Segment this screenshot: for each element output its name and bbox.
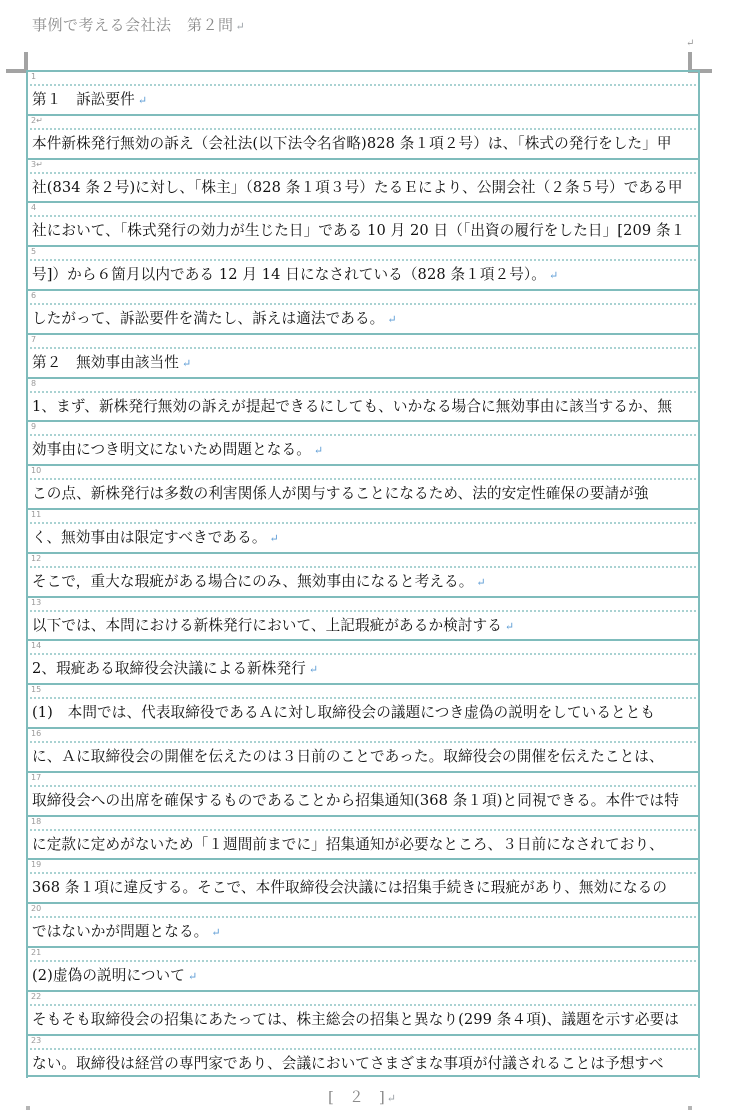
line-number: 20 (31, 904, 41, 914)
dotted-guide (30, 347, 696, 349)
line-text[interactable]: に定款に定めがないため「１週間前までに」招集通知が必要なところ、３日前になされて… (32, 835, 667, 856)
line-text-content: (2)虚偽の説明について (32, 967, 185, 984)
document-line[interactable]: 9効事由につき明文にないため問題となる。↵ (28, 420, 698, 464)
line-text-content: そもそも取締役会の招集にあたっては、株主総会の招集と異なり(299 条４項)、議… (32, 1011, 679, 1028)
line-text[interactable]: 第１ 訴訟要件↵ (32, 90, 147, 111)
line-text[interactable]: 効事由につき明文にないため問題となる。↵ (32, 440, 323, 461)
line-text-content: 2、瑕疵ある取締役会決議による新株発行 (32, 660, 306, 677)
dotted-guide (30, 215, 696, 217)
line-text-content: 効事由につき明文にないため問題となる。 (32, 441, 311, 458)
line-number: 16 (31, 729, 41, 739)
page-number: [ ２ ] (328, 1088, 385, 1106)
line-number: 18 (31, 817, 41, 827)
line-number: 1 (31, 72, 36, 82)
line-text[interactable]: 以下では、本問における新株発行において、上記瑕疵があるか検討する↵ (32, 616, 514, 637)
document-line[interactable]: 2↵本件新株発行無効の訴え（会社法(以下法令名省略)828 条１項２号）は、「株… (28, 114, 698, 158)
document-line[interactable]: 15(1) 本問では、代表取締役であるＡに対し取締役会の議題につき虚偽の説明をし… (28, 683, 698, 727)
line-text-content: 取締役会への出席を確保するものであることから招集通知(368 条１項)と同視でき… (32, 792, 679, 809)
line-number: 2↵ (31, 116, 43, 126)
return-mark-icon: ↵ (505, 620, 514, 633)
document-line[interactable]: 10この点、新株発行は多数の利害関係人が関与することになるため、法的安定性確保の… (28, 464, 698, 508)
line-text-content: 本件新株発行無効の訴え（会社法(以下法令名省略)828 条１項２号）は、「株式の… (32, 135, 672, 152)
line-text[interactable]: 本件新株発行無効の訴え（会社法(以下法令名省略)828 条１項２号）は、「株式の… (32, 134, 675, 155)
document-line[interactable]: 81、まず、新株発行無効の訴えが提起できるにしても、いかなる場合に無効事由に該当… (28, 377, 698, 421)
line-text-content: 第２ 無効事由該当性 (32, 354, 179, 371)
return-mark-icon: ↵ (387, 313, 396, 326)
document-line[interactable]: 5号]）から６箇月以内である 12 月 14 日になされている（828 条１項２… (28, 245, 698, 289)
dotted-guide (30, 566, 696, 568)
line-number: 15 (31, 685, 41, 695)
line-text-content: したがって、訴訟要件を満たし、訴えは適法である。 (32, 310, 384, 327)
line-text-content: に、Ａに取締役会の開催を伝えたのは３日前のことであった。取締役会の開催を伝えたこ… (32, 748, 664, 765)
line-number: 6 (31, 291, 36, 301)
line-text[interactable]: 社において、「株式発行の効力が生じた日」である 10 月 20 日（「出資の履行… (32, 221, 688, 242)
line-text[interactable]: ない。取締役は経営の専門家であり、会議においてさまざまな事項が付議されることは予… (32, 1054, 667, 1075)
dotted-guide (30, 434, 696, 436)
dotted-guide (30, 960, 696, 962)
line-number: 19 (31, 860, 41, 870)
line-text[interactable]: したがって、訴訟要件を満たし、訴えは適法である。↵ (32, 309, 397, 330)
document-line[interactable]: 20ではないかが問題となる。↵ (28, 902, 698, 946)
line-text-content: 社(834 条２号)に対し、「株主」（828 条１項３号）たるＥにより、公開会社… (32, 179, 683, 196)
paragraph-mark-icon: ↵ (387, 1092, 396, 1105)
corner-marker-bottom-right (688, 1106, 692, 1110)
return-mark-icon: ↵ (270, 532, 279, 545)
line-text[interactable]: (2)虚偽の説明について↵ (32, 966, 197, 987)
line-text[interactable]: この点、新株発行は多数の利害関係人が関与することになるため、法的安定性確保の要請… (32, 484, 652, 505)
line-number: 5 (31, 247, 36, 257)
line-text[interactable]: 社(834 条２号)に対し、「株主」（828 条１項３号）たるＥにより、公開会社… (32, 178, 686, 199)
line-text-content: ない。取締役は経営の専門家であり、会議においてさまざまな事項が付議されることは予… (32, 1055, 664, 1072)
document-line[interactable]: 3↵社(834 条２号)に対し、「株主」（828 条１項３号）たるＥにより、公開… (28, 158, 698, 202)
corner-marker-bottom-left (26, 1106, 30, 1110)
paragraph-mark-icon: ↵ (686, 38, 694, 49)
return-mark-icon: ↵ (476, 576, 485, 589)
line-text-content: 368 条１項に違反する。そこで、本件取締役会決議には招集手続きに瑕疵があり、無… (32, 879, 667, 896)
dotted-guide (30, 610, 696, 612)
line-number: 21 (31, 948, 41, 958)
document-line[interactable]: 4社において、「株式発行の効力が生じた日」である 10 月 20 日（「出資の履… (28, 201, 698, 245)
line-text[interactable]: (1) 本問では、代表取締役であるＡに対し取締役会の議題につき虚偽の説明をしてい… (32, 703, 658, 724)
paragraph-mark-icon: ↵ (236, 20, 246, 33)
crop-mark-top-left-horizontal (6, 69, 28, 73)
dotted-guide (30, 172, 696, 174)
document-line[interactable]: 1第１ 訴訟要件↵ (28, 70, 698, 114)
dotted-guide (30, 84, 696, 86)
line-number: 23 (31, 1036, 41, 1046)
dotted-guide (30, 303, 696, 305)
return-mark-icon: ↵ (549, 269, 558, 282)
dotted-guide (30, 697, 696, 699)
dotted-guide (30, 1048, 696, 1050)
line-text[interactable]: 第２ 無効事由該当性↵ (32, 353, 191, 374)
line-text[interactable]: そもそも取締役会の招集にあたっては、株主総会の招集と異なり(299 条４項)、議… (32, 1010, 682, 1031)
line-text-content: 第１ 訴訟要件 (32, 91, 135, 108)
return-mark-icon: ↵ (138, 94, 147, 107)
document-line[interactable]: 11く、無効事由は限定すべきである。↵ (28, 508, 698, 552)
return-mark-icon: ↵ (182, 357, 191, 370)
line-number: 9 (31, 422, 36, 432)
document-line[interactable]: 142、瑕疵ある取締役会決議による新株発行↵ (28, 639, 698, 683)
dotted-guide (30, 391, 696, 393)
line-text[interactable]: 号]）から６箇月以内である 12 月 14 日になされている（828 条１項２号… (32, 265, 558, 286)
dotted-guide (30, 259, 696, 261)
line-text[interactable]: 1、まず、新株発行無効の訴えが提起できるにしても、いかなる場合に無効事由に該当す… (32, 397, 675, 418)
document-line[interactable]: 22そもそも取締役会の招集にあたっては、株主総会の招集と異なり(299 条４項)… (28, 990, 698, 1034)
line-text-content: ではないかが問題となる。 (32, 923, 208, 940)
document-line[interactable]: 7第２ 無効事由該当性↵ (28, 333, 698, 377)
line-number: 12 (31, 554, 41, 564)
line-text-content: この点、新株発行は多数の利害関係人が関与することになるため、法的安定性確保の要請… (32, 485, 649, 502)
document-line[interactable]: 6したがって、訴訟要件を満たし、訴えは適法である。↵ (28, 289, 698, 333)
line-number: 10 (31, 466, 41, 476)
header-title: 事例で考える会社法 第２問 (32, 16, 234, 34)
line-text[interactable]: 取締役会への出席を確保するものであることから招集通知(368 条１項)と同視でき… (32, 791, 682, 812)
document-line[interactable]: 16に、Ａに取締役会の開催を伝えたのは３日前のことであった。取締役会の開催を伝え… (28, 727, 698, 771)
line-number: 11 (31, 510, 41, 520)
document-line[interactable]: 18に定款に定めがないため「１週間前までに」招集通知が必要なところ、３日前になさ… (28, 815, 698, 859)
document-line[interactable]: 23ない。取締役は経営の専門家であり、会議においてさまざまな事項が付議されること… (28, 1034, 698, 1078)
dotted-guide (30, 522, 696, 524)
line-text-content: 社において、「株式発行の効力が生じた日」である 10 月 20 日（「出資の履行… (32, 222, 685, 239)
line-text-content: (1) 本問では、代表取締役であるＡに対し取締役会の議題につき虚偽の説明をしてい… (32, 704, 655, 721)
dotted-guide (30, 478, 696, 480)
document-header: 事例で考える会社法 第２問↵ (32, 14, 245, 35)
line-number: 7 (31, 335, 36, 345)
document-line[interactable]: 17取締役会への出席を確保するものであることから招集通知(368 条１項)と同視… (28, 771, 698, 815)
line-number: 14 (31, 641, 41, 651)
line-text[interactable]: そこで，重大な瑕疵がある場合にのみ、無効事由になると考える。↵ (32, 572, 486, 593)
return-mark-icon: ↵ (211, 926, 220, 939)
manuscript-grid: 1第１ 訴訟要件↵2↵本件新株発行無効の訴え（会社法(以下法令名省略)828 条… (26, 70, 700, 1078)
dotted-guide (30, 829, 696, 831)
dotted-guide (30, 872, 696, 874)
line-text-content: 号]）から６箇月以内である 12 月 14 日になされている（828 条１項２号… (32, 266, 546, 283)
dotted-guide (30, 128, 696, 130)
line-text-content: 1、まず、新株発行無効の訴えが提起できるにしても、いかなる場合に無効事由に該当す… (32, 398, 672, 415)
line-number: 8 (31, 379, 36, 389)
line-text-content: 以下では、本問における新株発行において、上記瑕疵があるか検討する (32, 617, 502, 634)
dotted-guide (30, 741, 696, 743)
line-number: 4 (31, 203, 36, 213)
line-text[interactable]: く、無効事由は限定すべきである。↵ (32, 528, 279, 549)
line-text[interactable]: 368 条１項に違反する。そこで、本件取締役会決議には招集手続きに瑕疵があり、無… (32, 878, 670, 899)
document-line[interactable]: 12そこで，重大な瑕疵がある場合にのみ、無効事由になると考える。↵ (28, 552, 698, 596)
dotted-guide (30, 916, 696, 918)
document-line[interactable]: 13以下では、本問における新株発行において、上記瑕疵があるか検討する↵ (28, 596, 698, 640)
return-mark-icon: ↵ (314, 444, 323, 457)
line-number: 13 (31, 598, 41, 608)
document-line[interactable]: 19368 条１項に違反する。そこで、本件取締役会決議には招集手続きに瑕疵があり… (28, 858, 698, 902)
dotted-guide (30, 1004, 696, 1006)
line-text[interactable]: ではないかが問題となる。↵ (32, 922, 221, 943)
line-text[interactable]: 2、瑕疵ある取締役会決議による新株発行↵ (32, 659, 318, 680)
line-text-content: に定款に定めがないため「１週間前までに」招集通知が必要なところ、３日前になされて… (32, 836, 664, 853)
line-number: 3↵ (31, 160, 43, 170)
dotted-guide (30, 653, 696, 655)
dotted-guide (30, 785, 696, 787)
return-mark-icon: ↵ (188, 970, 197, 983)
line-text-content: く、無効事由は限定すべきである。 (32, 529, 267, 546)
return-mark-icon: ↵ (309, 663, 318, 676)
page-footer: [ ２ ]↵ (328, 1086, 396, 1107)
line-text-content: そこで，重大な瑕疵がある場合にのみ、無効事由になると考える。 (32, 573, 473, 590)
line-number: 17 (31, 773, 41, 783)
line-text[interactable]: に、Ａに取締役会の開催を伝えたのは３日前のことであった。取締役会の開催を伝えたこ… (32, 747, 667, 768)
document-line[interactable]: 21(2)虚偽の説明について↵ (28, 946, 698, 990)
line-number: 22 (31, 992, 41, 1002)
